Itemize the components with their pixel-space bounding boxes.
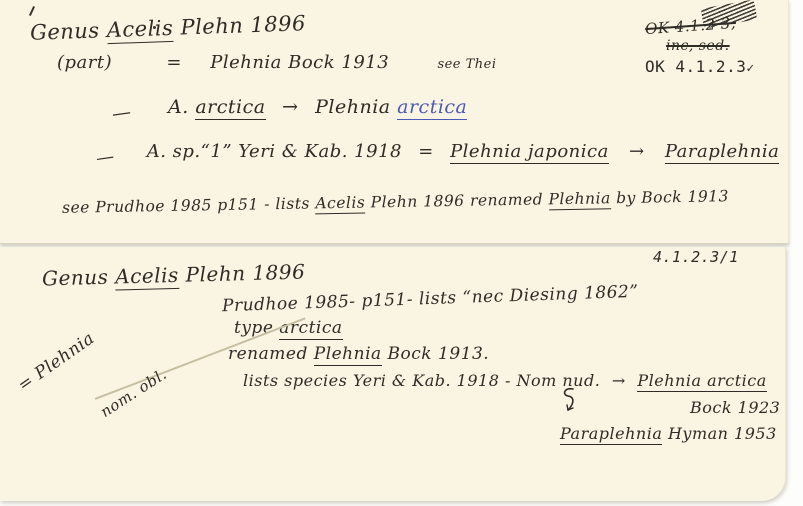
part-note: (part) [57,52,112,73]
new-genus: Plehnia [315,96,397,118]
equals-sign: = [418,141,434,162]
corner-code-struck-2: inc, sed. [666,38,730,54]
paraplehnia-underlined: Paraplehnia [665,141,779,164]
title-text: Plehn 1896 [178,260,305,287]
card2-renamed-line: renamed Plehnia Bock 1913. [228,344,489,364]
synonym-text: Plehnia Bock 1913 [210,52,389,73]
see-note: see Thei [437,57,496,72]
ok-code: OK 4.1.2.3 [645,57,746,76]
intro-dash: — [111,101,133,125]
card1-synonym-line: (part) = Plehnia Bock 1913 see Thei [57,52,497,73]
plehnia-arctica-underlined: Plehnia arctica [637,371,766,392]
type-species-underlined: arctica [279,318,342,340]
species-underlined: arctica [195,96,265,120]
lists-text: lists species Yeri & Kab. 1918 - Nom nud… [243,371,606,390]
equals-sign: = [166,52,182,73]
species-blue-ink: arctica [397,96,467,120]
renamed-text: renamed [228,344,314,364]
genus-name-underlined: Acelis [106,16,173,44]
card2-type-line: type arctica [234,318,343,338]
acelis-underlined: Acelis [315,194,365,215]
plehnia-underlined: Plehnia [314,344,382,366]
scanned-index-cards: Genus Acelis Plehn 1896 (part) = Plehnia… [0,0,803,506]
renamed-text: Bock 1913. [382,344,490,364]
card1-sp1-line: — A. sp.“1” Yeri & Kab. 1918 = Plehnia j… [96,141,779,162]
card2-lists-line: lists species Yeri & Kab. 1918 - Nom nud… [243,371,767,390]
title-text: Genus [42,265,116,291]
arrow: → [612,371,626,390]
arrow: → [282,96,298,118]
paraplehnia-underlined: Paraplehnia [560,424,662,445]
ref-text: Plehn 1896 renamed [365,190,549,211]
binomial-underlined: Plehnia japonica [450,141,609,164]
question-arrow-mark [558,386,580,426]
card2-paraplehnia-line: Paraplehnia Hyman 1953 [560,424,777,443]
tick-mark: ✓ [746,61,754,76]
title-text: Genus [30,18,108,45]
card2-bock-line: Bock 1923 [690,398,780,417]
plehnia-underlined: Plehnia [548,189,611,210]
ref-text: by Bock 1913 [611,187,729,207]
intro-dash: — [95,146,116,169]
species-ref: A. sp.“1” Yeri & Kab. 1918 [147,141,402,162]
card2-corner-code: 4.1.2.3/1 [653,248,739,266]
question-arrow-icon [558,386,580,422]
card1-arctica-line: — A. arctica → Plehnia arctica [112,96,467,118]
arrow: → [629,141,645,162]
author-text: Hyman 1953 [662,424,776,443]
title-text: Plehn 1896 [173,11,306,40]
abbrev-genus: A. [168,96,195,118]
corner-code-ok: OK 4.1.2.3✓ [645,57,755,76]
genus-name-underlined: Acelis [115,263,179,291]
